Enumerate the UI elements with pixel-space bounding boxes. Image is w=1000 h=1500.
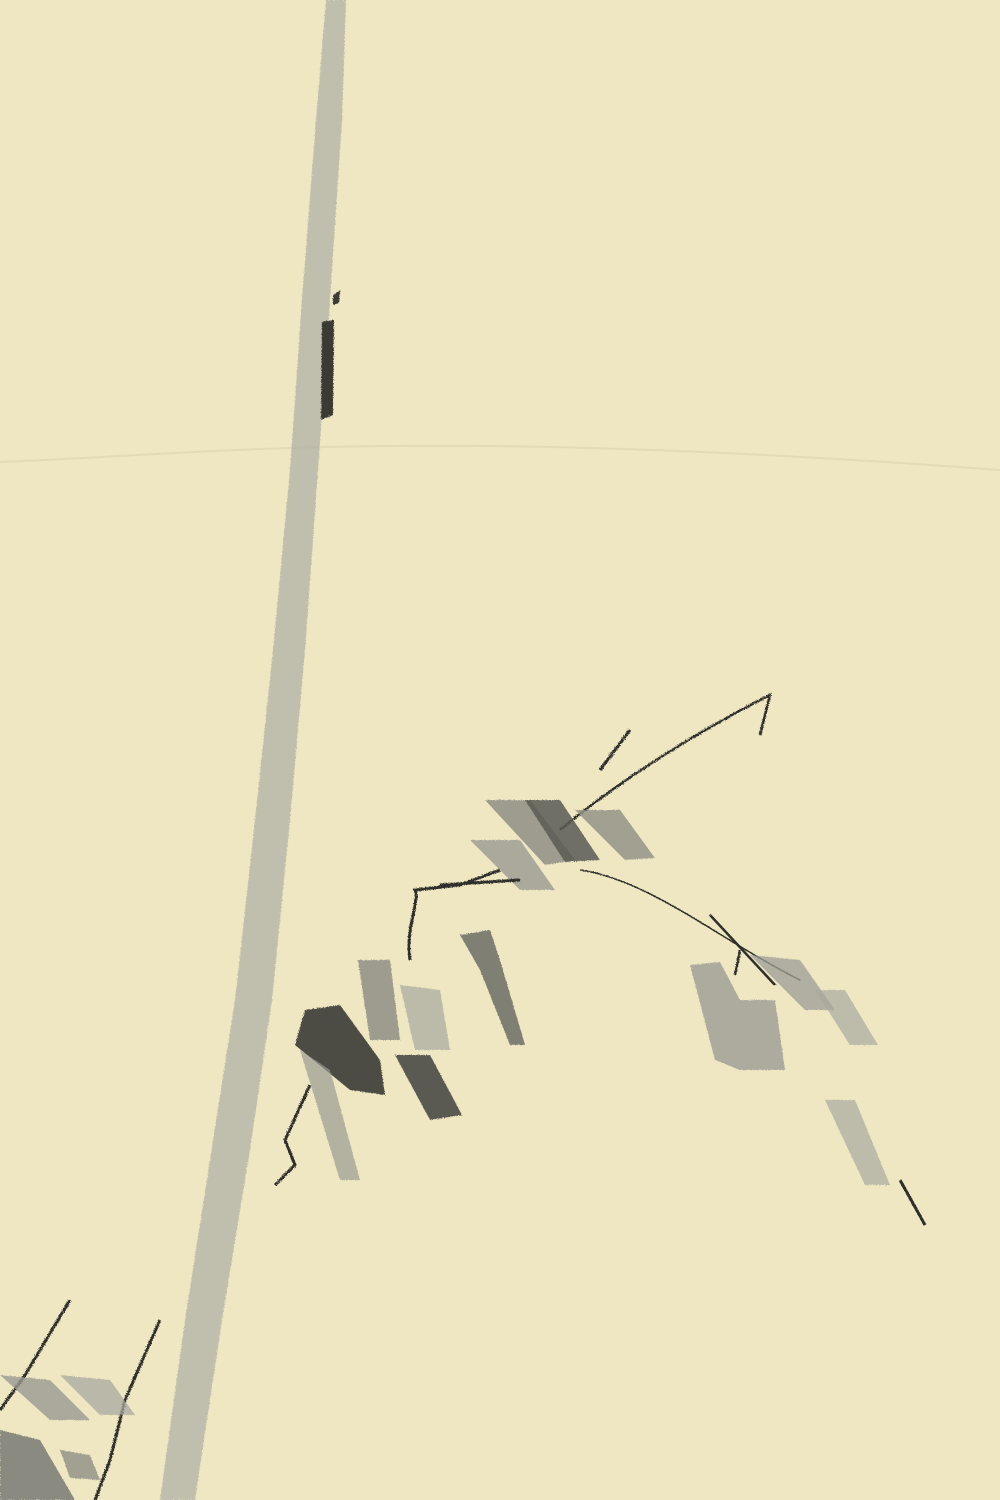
ink-painting [0,0,1000,1500]
paper-background [0,0,1000,1500]
